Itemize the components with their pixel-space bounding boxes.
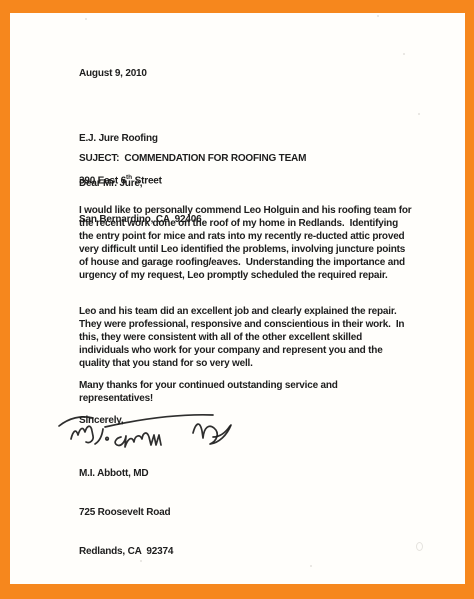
body-paragraph-1: I would like to personally commend Leo H… [79, 204, 413, 282]
orange-frame: August 9, 2010 E.J. Jure Roofing 390 Eas… [0, 0, 474, 599]
sender-name: M.I. Abbott, MD [79, 467, 413, 480]
salutation: Dear Mr. Jure, [79, 177, 413, 190]
recipient-name: E.J. Jure Roofing [79, 132, 413, 145]
letter-date: August 9, 2010 [79, 67, 413, 80]
subject-line: SUJECT: COMMENDATION FOR ROOFING TEAM [79, 152, 413, 165]
paper-speck [403, 53, 405, 55]
paper-speck [418, 113, 420, 115]
body-paragraph-3: Many thanks for your continued outstandi… [79, 379, 413, 405]
body-paragraph-2: Leo and his team did an excellent job an… [79, 305, 413, 370]
paper-speck [416, 542, 423, 551]
handwritten-signature-icon [55, 405, 241, 453]
letter-page: August 9, 2010 E.J. Jure Roofing 390 Eas… [10, 13, 465, 584]
paper-speck [310, 565, 312, 567]
sender-city: Redlands, CA 92374 [79, 545, 413, 558]
sender-street: 725 Roosevelt Road [79, 506, 413, 519]
paper-speck [377, 15, 379, 17]
sender-block: M.I. Abbott, MD 725 Roosevelt Road Redla… [79, 441, 413, 584]
paper-speck [140, 560, 142, 562]
paper-speck [85, 18, 87, 20]
